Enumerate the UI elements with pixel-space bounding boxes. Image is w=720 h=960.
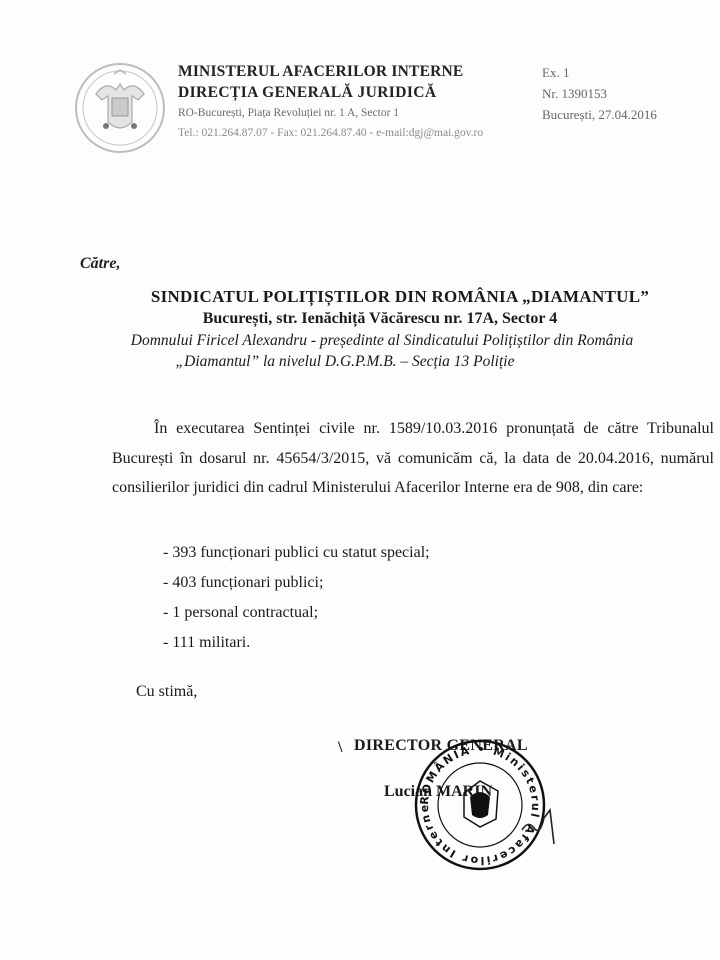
tick-mark: \ bbox=[338, 739, 342, 757]
copy-number: Ex. 1 bbox=[542, 65, 569, 81]
directorate-name: DIRECȚIA GENERALĂ JURIDICĂ bbox=[178, 84, 436, 102]
list-item: 1 personal contractual; bbox=[163, 598, 430, 628]
closing-salutation: Cu stimă, bbox=[136, 683, 197, 701]
registration-number: Nr. 1390153 bbox=[542, 86, 607, 102]
body-paragraph: În executarea Sentinței civile nr. 1589/… bbox=[112, 414, 714, 503]
signature-stroke-icon bbox=[520, 800, 560, 850]
salutation: Către, bbox=[80, 255, 120, 273]
ministry-contact: Tel.: 021.264.87.07 - Fax: 021.264.87.40… bbox=[178, 127, 483, 139]
ministry-name: MINISTERUL AFACERILOR INTERNE bbox=[178, 63, 463, 81]
breakdown-list: 393 funcționari publici cu statut specia… bbox=[163, 538, 430, 658]
place-date: București, 27.04.2016 bbox=[542, 107, 657, 123]
addressee-organization: SINDICATUL POLIȚIȘTILOR DIN ROMÂNIA „DIA… bbox=[40, 287, 720, 307]
list-item: 393 funcționari publici cu statut specia… bbox=[163, 538, 430, 568]
list-item: 403 funcționari publici; bbox=[163, 568, 430, 598]
body-paragraph-text: În executarea Sentinței civile nr. 1589/… bbox=[112, 420, 714, 496]
ministry-seal-logo bbox=[72, 60, 168, 156]
coat-of-arms-icon bbox=[72, 60, 168, 156]
ministry-address: RO-București, Piața Revoluției nr. 1 A, … bbox=[178, 107, 399, 119]
addressee-person-line1: Domnului Firicel Alexandru - președinte … bbox=[22, 332, 720, 350]
handwritten-signature bbox=[520, 800, 560, 850]
addressee-address: București, str. Ienăchiță Văcărescu nr. … bbox=[20, 310, 720, 328]
addressee-person-line2: „Diamantul” la nivelul D.G.P.M.B. – Secț… bbox=[0, 353, 705, 371]
list-item: 111 militari. bbox=[163, 628, 430, 658]
